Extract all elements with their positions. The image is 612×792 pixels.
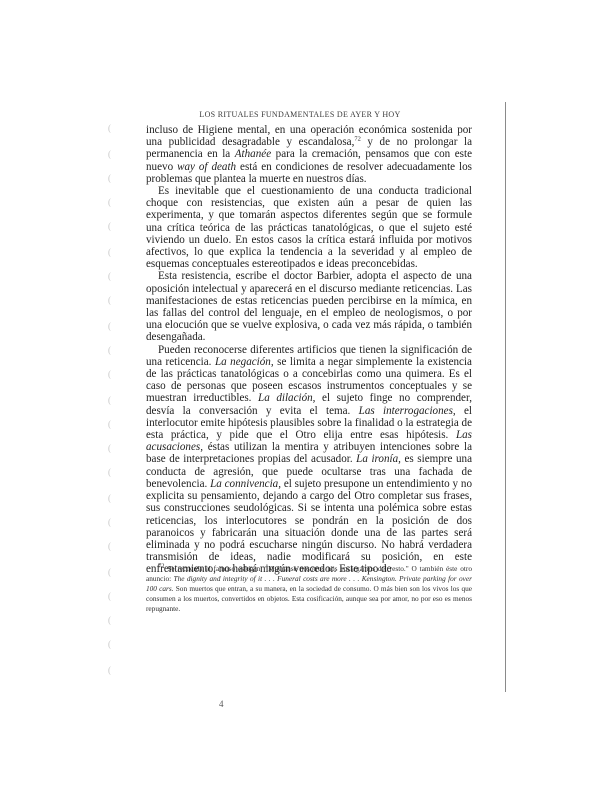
- margin-mark: (: [108, 370, 114, 379]
- paragraph: Es inevitable que el cuestionamiento de …: [146, 185, 472, 270]
- margin-mark: (: [108, 640, 114, 649]
- margin-mark: (: [108, 150, 114, 159]
- margin-mark: (: [108, 248, 114, 257]
- margin-mark: (: [108, 616, 114, 625]
- binding-margin-marks: ( ( ( ( ( ( ( ( ( ( ( ( ( ( ( ( ( ( ( ( …: [108, 100, 114, 700]
- margin-mark: (: [108, 396, 114, 405]
- margin-mark: (: [108, 494, 114, 503]
- margin-mark: (: [108, 666, 114, 675]
- italic-text: La dilación,: [258, 392, 315, 404]
- italic-text: way of death: [177, 161, 236, 173]
- text-run: Es inevitable que el cuestionamiento de …: [146, 185, 472, 270]
- margin-mark: (: [108, 296, 114, 305]
- italic-text: La connivencia,: [210, 478, 281, 490]
- footnotes: 72 Se recuerda el famoso eslogan: "Muéra…: [146, 564, 472, 614]
- footnote: 72 Se recuerda el famoso eslogan: "Muéra…: [146, 564, 472, 614]
- running-header: LOS RITUALES FUNDAMENTALES DE AYER Y HOY: [140, 110, 460, 119]
- margin-mark: (: [108, 272, 114, 281]
- margin-mark: (: [108, 174, 114, 183]
- body-text: incluso de Higiene mental, en una operac…: [146, 124, 472, 576]
- margin-mark: (: [108, 322, 114, 331]
- margin-mark: (: [108, 346, 114, 355]
- margin-mark: (: [108, 468, 114, 477]
- paragraph: Esta resistencia, escribe el doctor Barb…: [146, 270, 472, 343]
- document-page: ( ( ( ( ( ( ( ( ( ( ( ( ( ( ( ( ( ( ( ( …: [0, 0, 612, 792]
- italic-text: La ironía,: [356, 453, 401, 465]
- paragraph: incluso de Higiene mental, en una operac…: [146, 124, 472, 185]
- margin-mark: (: [108, 592, 114, 601]
- margin-mark: (: [108, 198, 114, 207]
- margin-mark: (: [108, 124, 114, 133]
- margin-mark: (: [108, 568, 114, 577]
- text-run: el sujeto presupone un entendimiento y n…: [146, 478, 472, 575]
- text-run: Son muertos que entran, a su manera, en …: [146, 584, 472, 613]
- margin-mark: (: [108, 444, 114, 453]
- margin-mark: (: [108, 542, 114, 551]
- paragraph: Pueden reconocerse diferentes artificios…: [146, 344, 472, 576]
- margin-mark: (: [108, 222, 114, 231]
- italic-text: Las interrogaciones,: [359, 405, 456, 417]
- text-run: Esta resistencia, escribe el doctor Barb…: [146, 270, 472, 343]
- italic-text: Athanée: [235, 148, 271, 160]
- page-number: 4: [219, 699, 224, 709]
- italic-text: La negación,: [215, 356, 274, 368]
- margin-mark: (: [108, 518, 114, 527]
- margin-mark: (: [108, 420, 114, 429]
- page-edge-rule: [505, 102, 506, 692]
